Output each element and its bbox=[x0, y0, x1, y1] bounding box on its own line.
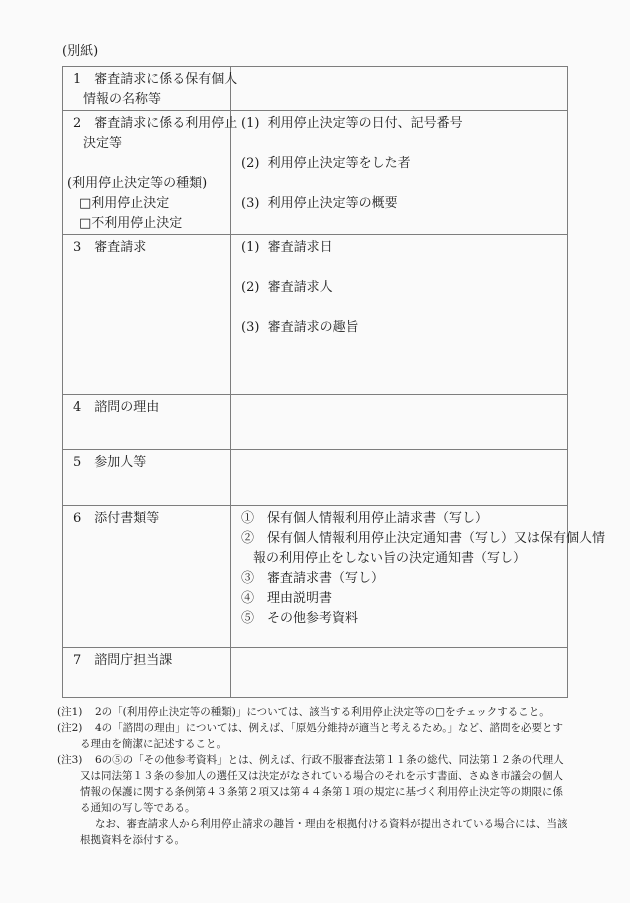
attachment-item-2: ② 保有個人情報利用停止決定通知書（写し）又は保有個人情 bbox=[241, 529, 563, 549]
row6-right-cell: ① 保有個人情報利用停止請求書（写し） ② 保有個人情報利用停止決定通知書（写し… bbox=[231, 506, 568, 648]
checkbox-line-use-stop: □利用停止決定 bbox=[79, 194, 226, 214]
note-3-paragraph-2: なお、審査請求人から利用停止請求の趣旨・理由を根拠付ける資料が提出されている場合… bbox=[80, 816, 568, 848]
note-3-body: 6の⑤の「その他参考資料」とは、例えば、行政不服審査法第１１条の総代、同法第１２… bbox=[80, 752, 568, 848]
attachment-item-4: ④ 理由説明書 bbox=[241, 589, 563, 609]
checkbox-no-use-stop-label: 不利用停止決定 bbox=[91, 216, 182, 231]
row4-heading: 4 諮問の理由 bbox=[73, 398, 226, 418]
table-row-3: 3 審査請求 (1) 審査請求日 (2) 審査請求人 (3) 審査請求の趣旨 bbox=[63, 235, 568, 395]
checkbox-no-use-stop-decision[interactable]: □ bbox=[79, 216, 91, 231]
row2-heading-line1: 2 審査請求に係る利用停止 bbox=[73, 114, 226, 134]
note-3: (注3) 6の⑤の「その他参考資料」とは、例えば、行政不服審査法第１１条の総代、… bbox=[57, 752, 568, 848]
note-1: (注1) 2の「(利用停止決定等の種類)」については、該当する利用停止決定等の□… bbox=[57, 704, 568, 720]
note-2-body: 4の「諮問の理由」については、例えば、「原処分維持が適当と考えるため。」など、諮… bbox=[80, 720, 568, 752]
row2-item-2: (2) 利用停止決定等をした者 bbox=[241, 154, 563, 174]
row6-heading: 6 添付書類等 bbox=[73, 509, 226, 529]
row1-right-cell bbox=[231, 67, 568, 111]
row2-item-3: (3) 利用停止決定等の概要 bbox=[241, 194, 563, 214]
attachment-item-3: ③ 審査請求書（写し） bbox=[241, 569, 563, 589]
note-3-label: (注3) bbox=[57, 752, 82, 768]
row7-right-cell bbox=[231, 648, 568, 698]
checkbox-use-stop-label: 利用停止決定 bbox=[91, 196, 169, 211]
row7-heading: 7 諮問庁担当課 bbox=[73, 651, 226, 671]
note-2: (注2) 4の「諮問の理由」については、例えば、「原処分維持が適当と考えるため。… bbox=[57, 720, 568, 752]
table-row-7: 7 諮問庁担当課 bbox=[63, 648, 568, 698]
row2-item-1: (1) 利用停止決定等の日付、記号番号 bbox=[241, 114, 563, 134]
table-row-1: 1 審査請求に係る保有個人 情報の名称等 bbox=[63, 67, 568, 111]
attachment-item-1: ① 保有個人情報利用停止請求書（写し） bbox=[241, 509, 563, 529]
row3-item-3: (3) 審査請求の趣旨 bbox=[241, 318, 563, 338]
document-page: (別紙) 1 審査請求に係る保有個人 情報の名称等 2 審査請求に係る利用停止 … bbox=[0, 0, 630, 848]
table-row-2: 2 審査請求に係る利用停止 決定等 (利用停止決定等の種類) □利用停止決定 □… bbox=[63, 111, 568, 235]
row5-heading: 5 参加人等 bbox=[73, 453, 226, 473]
attachment-item-5: ⑤ その他参考資料 bbox=[241, 609, 563, 629]
table-row-4: 4 諮問の理由 bbox=[63, 395, 568, 450]
note-2-label: (注2) bbox=[57, 720, 82, 736]
row1-heading-line1: 1 審査請求に係る保有個人 bbox=[73, 70, 226, 90]
note-1-paragraph: 2の「(利用停止決定等の種類)」については、該当する利用停止決定等の□をチェック… bbox=[80, 704, 568, 720]
checkbox-line-no-use-stop: □不利用停止決定 bbox=[79, 214, 226, 234]
decision-kind-heading: (利用停止決定等の種類) bbox=[67, 174, 226, 194]
checkbox-use-stop-decision[interactable]: □ bbox=[79, 196, 91, 211]
note-3-paragraph-1: 6の⑤の「その他参考資料」とは、例えば、行政不服審査法第１１条の総代、同法第１２… bbox=[80, 752, 568, 816]
row4-left-cell: 4 諮問の理由 bbox=[63, 395, 231, 450]
note-2-paragraph: 4の「諮問の理由」については、例えば、「原処分維持が適当と考えるため。」など、諮… bbox=[80, 720, 568, 752]
row7-left-cell: 7 諮問庁担当課 bbox=[63, 648, 231, 698]
footnotes: (注1) 2の「(利用停止決定等の種類)」については、該当する利用停止決定等の□… bbox=[57, 704, 568, 848]
row3-item-2: (2) 審査請求人 bbox=[241, 278, 563, 298]
row3-left-cell: 3 審査請求 bbox=[63, 235, 231, 395]
note-1-body: 2の「(利用停止決定等の種類)」については、該当する利用停止決定等の□をチェック… bbox=[80, 704, 568, 720]
row5-right-cell bbox=[231, 450, 568, 506]
row3-heading: 3 審査請求 bbox=[73, 238, 226, 258]
row2-left-cell: 2 審査請求に係る利用停止 決定等 (利用停止決定等の種類) □利用停止決定 □… bbox=[63, 111, 231, 235]
note-1-label: (注1) bbox=[57, 704, 82, 720]
table-row-6: 6 添付書類等 ① 保有個人情報利用停止請求書（写し） ② 保有個人情報利用停止… bbox=[63, 506, 568, 648]
row2-heading-line2: 決定等 bbox=[83, 134, 226, 154]
row1-heading-line2: 情報の名称等 bbox=[83, 90, 226, 110]
row4-right-cell bbox=[231, 395, 568, 450]
table-row-5: 5 参加人等 bbox=[63, 450, 568, 506]
spacer-line bbox=[73, 154, 226, 174]
row3-item-1: (1) 審査請求日 bbox=[241, 238, 563, 258]
attachment-item-2-continuation: 報の利用停止をしない旨の決定通知書（写し） bbox=[253, 549, 563, 569]
form-table: 1 審査請求に係る保有個人 情報の名称等 2 審査請求に係る利用停止 決定等 (… bbox=[62, 66, 568, 698]
row5-left-cell: 5 参加人等 bbox=[63, 450, 231, 506]
row6-left-cell: 6 添付書類等 bbox=[63, 506, 231, 648]
row3-right-cell: (1) 審査請求日 (2) 審査請求人 (3) 審査請求の趣旨 bbox=[231, 235, 568, 395]
attachment-label: (別紙) bbox=[62, 44, 630, 60]
row2-right-cell: (1) 利用停止決定等の日付、記号番号 (2) 利用停止決定等をした者 (3) … bbox=[231, 111, 568, 235]
row1-left-cell: 1 審査請求に係る保有個人 情報の名称等 bbox=[63, 67, 231, 111]
